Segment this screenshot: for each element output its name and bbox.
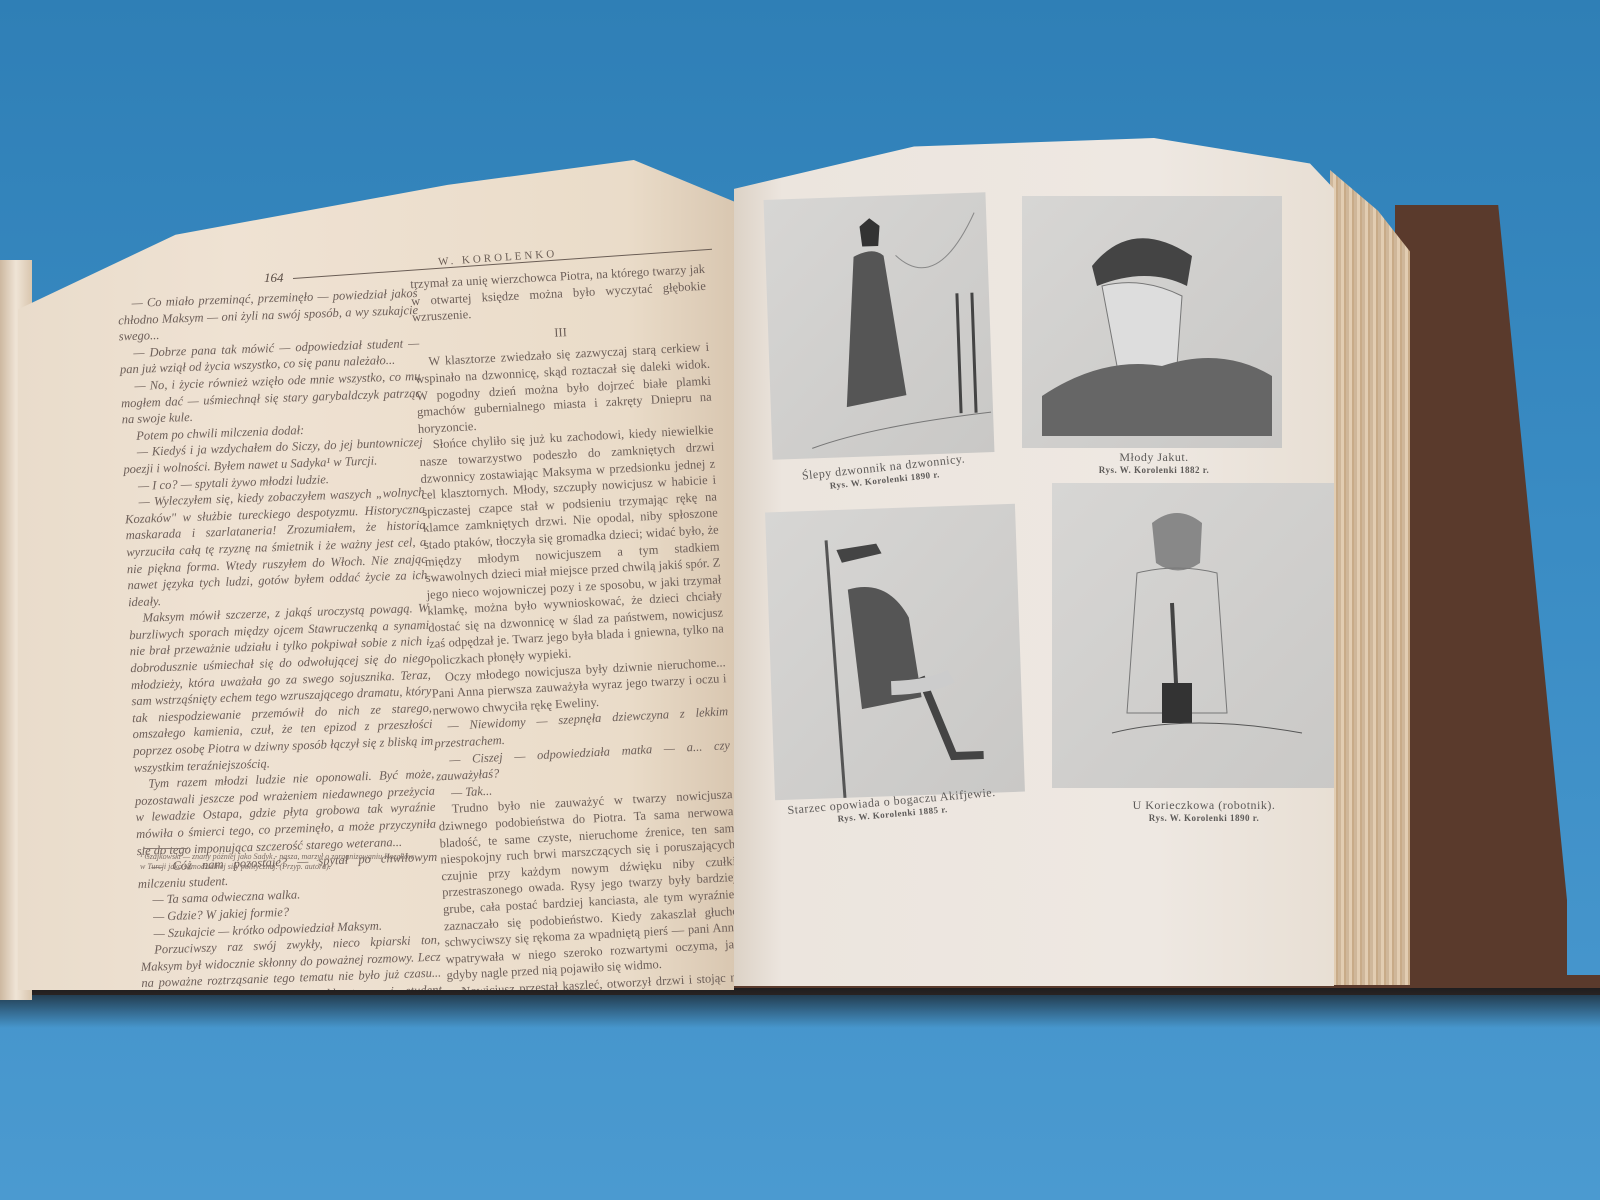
text-column-right: trzymał za unię wierzchowca Piotra, na k… [410,261,734,990]
paragraph: — Wyleczyłem się, kiedy zobaczyłem waszy… [124,484,428,611]
paragraph: Słońce chyliło się już ku zachodowi, kie… [418,422,725,669]
paragraph: Maksym mówił szczerze, z jakąś uroczystą… [128,600,434,776]
caption-4: U Korieczkowa (robotnik). Rys. W. Korole… [1074,798,1334,823]
caption-title: Młody Jakut. [1034,450,1274,465]
sketch-portrait-icon [1022,196,1282,448]
paragraph: Trudno było nie zauważyć w twarzy nowicj… [437,786,734,984]
caption-credit: Rys. W. Korolenki 1882 r. [1034,465,1274,475]
paragraph: Tym razem młodzi ludzie nie oponowali. B… [134,766,437,859]
caption-2: Młody Jakut. Rys. W. Korolenki 1882 r. [1034,450,1274,475]
caption-title: U Korieczkowa (robotnik). [1074,798,1334,813]
illustration-young-yakut [1022,196,1282,448]
footnote-rule [143,848,188,849]
paragraph: Porzuciwszy raz swój zwykły, nieco kpiar… [140,932,443,990]
book-shadow [0,988,1600,1028]
right-page: Ślepy dzwonnik na dzwonnicy. Rys. W. Kor… [734,138,1334,986]
paragraph: W klasztorze zwiedzało się zazwyczaj sta… [414,339,713,437]
illustration-worker [1052,483,1334,788]
sketch-figure-icon [764,192,995,460]
right-page-stack [1330,170,1410,985]
illustration-blind-bellringer [764,192,995,460]
running-header: W. KOROLENKO [438,248,558,268]
sketch-worker-icon [1052,483,1334,788]
illustration-old-man [765,504,1025,801]
book-cover-right [1395,205,1567,995]
paragraph: trzymał za unię wierzchowca Piotra, na k… [410,261,707,326]
left-page: 164 W. KOROLENKO — Co miało przeminąć, p… [18,160,734,990]
text-column-left: — Co miało przeminąć, przeminęło — powie… [117,285,442,990]
sketch-seated-man-icon [765,504,1025,801]
caption-credit: Rys. W. Korolenki 1890 r. [1074,813,1334,823]
footnote: ¹ Czajkowski — znany później jako Sadyk … [140,852,415,872]
page-number: 164 [264,270,284,286]
